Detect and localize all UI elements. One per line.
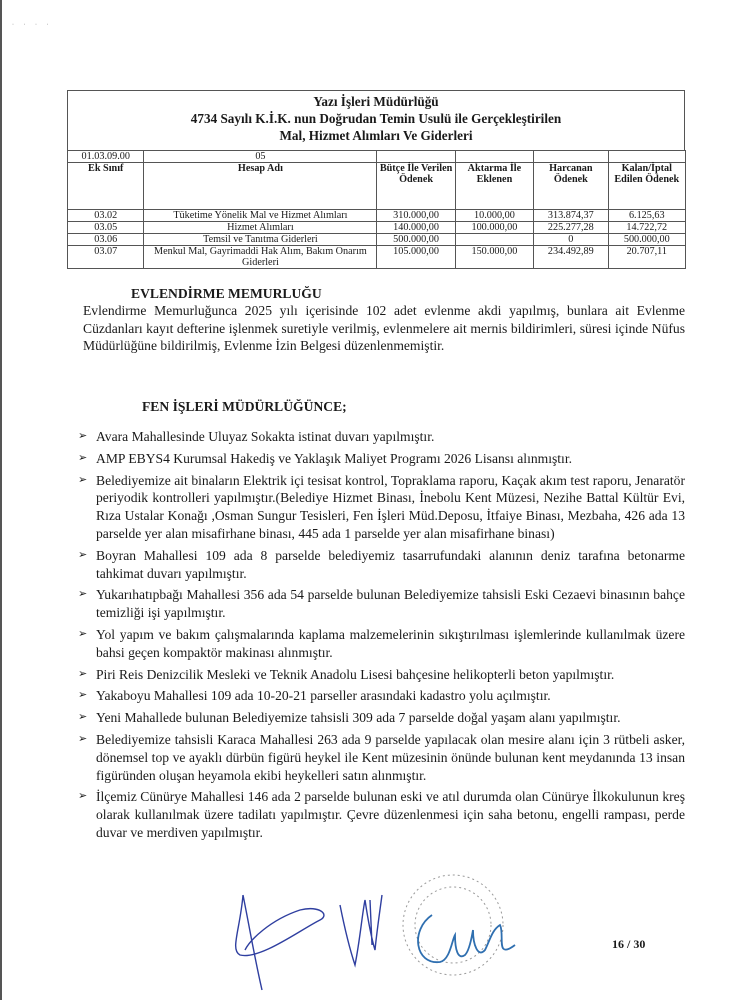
signatures-and-stamp [0,0,733,1000]
signature-2 [340,895,382,965]
signature-1 [236,895,324,990]
page-number: 16 / 30 [612,937,645,952]
signature-3 [418,915,515,962]
official-stamp [403,875,503,975]
